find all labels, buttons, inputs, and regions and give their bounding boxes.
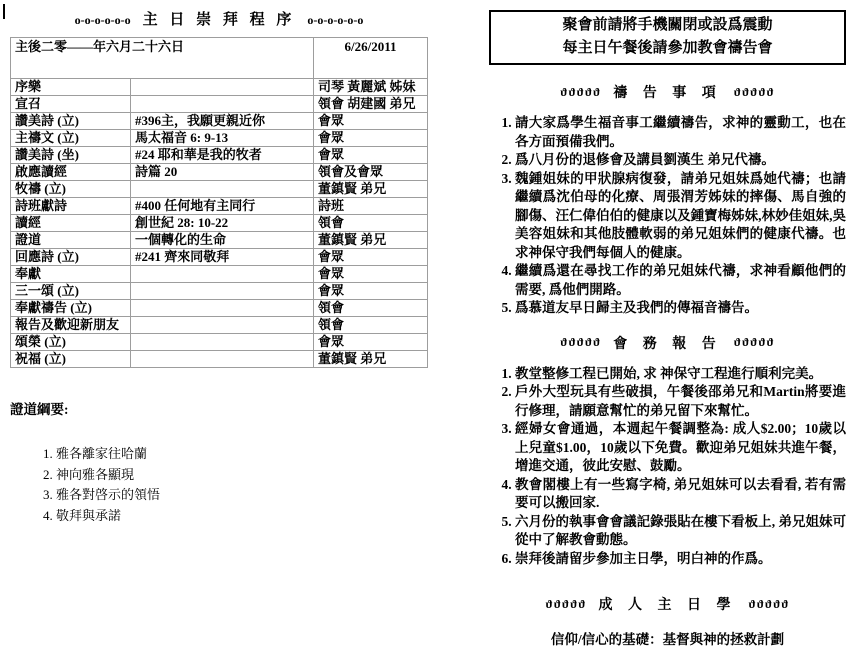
program-item-cell: 序樂 bbox=[11, 79, 131, 96]
program-content-cell bbox=[131, 300, 314, 317]
adult-sunday-school-heading: ϑϑϑϑϑ 成 人 主 日 學 ϑϑϑϑϑ bbox=[489, 594, 846, 614]
program-leader-cell: 董鎮賢 弟兄 bbox=[314, 351, 428, 368]
program-item-cell: 頌榮 (立) bbox=[11, 334, 131, 351]
table-row: 宣召 領會 胡建國 弟兄 bbox=[11, 96, 428, 113]
program-leader-cell: 會眾 bbox=[314, 266, 428, 283]
program-item-cell: 讀經 bbox=[11, 215, 131, 232]
list-item: 教堂整修工程已開始, 求 神保守工程進行順利完美。 bbox=[515, 365, 846, 384]
program-item-cell: 讚美詩 (坐) bbox=[11, 147, 131, 164]
program-leader-cell: 董鎮賢 弟兄 bbox=[314, 181, 428, 198]
program-leader-cell: 詩班 bbox=[314, 198, 428, 215]
list-item: 六月份的執事會會議記錄張貼在樓下看板上, 弟兄姐妹可從中了解教會動態。 bbox=[515, 513, 846, 550]
program-content-cell bbox=[131, 334, 314, 351]
program-leader-cell: 領會 bbox=[314, 215, 428, 232]
program-leader-cell: 領會及會眾 bbox=[314, 164, 428, 181]
sermon-outline-list: 雅各離家往哈蘭 神向雅各顯現 雅各對啓示的領悟 敬拜與承諾 bbox=[10, 444, 428, 526]
table-row: 牧禱 (立) 董鎮賢 弟兄 bbox=[11, 181, 428, 198]
table-row: 祝福 (立) 董鎮賢 弟兄 bbox=[11, 351, 428, 368]
right-column: 聚會前請將手機關閉或設爲震動 每主日午餐後請參加教會禱告會 ϑϑϑϑϑ 禱 告 … bbox=[489, 10, 846, 648]
table-row: 讀經 創世紀 28: 10-22 領會 bbox=[11, 215, 428, 232]
program-leader-cell: 會眾 bbox=[314, 130, 428, 147]
program-content-cell: #24 耶和華是我的牧者 bbox=[131, 147, 314, 164]
section-title: 會 務 報 告 bbox=[613, 333, 722, 353]
church-affairs-heading: ϑϑϑϑϑ 會 務 報 告 ϑϑϑϑϑ bbox=[489, 333, 846, 353]
bulletin-page: o-o-o-o-o-o 主 日 崇 拜 程 序 o-o-o-o-o-o 主後二零… bbox=[0, 0, 863, 651]
program-leader-cell: 領會 胡建國 弟兄 bbox=[314, 96, 428, 113]
program-leader-cell: 會眾 bbox=[314, 147, 428, 164]
table-row: 奉獻禱告 (立) 領會 bbox=[11, 300, 428, 317]
program-leader-cell: 會眾 bbox=[314, 113, 428, 130]
notice-line-1: 聚會前請將手機關閉或設爲震動 bbox=[491, 14, 844, 37]
program-content-cell bbox=[131, 79, 314, 96]
program-leader-cell: 司琴 黃麗斌 姊妹 bbox=[314, 79, 428, 96]
program-content-cell: 一個轉化的生命 bbox=[131, 232, 314, 249]
table-row: 三一頌 (立) 會眾 bbox=[11, 283, 428, 300]
notice-line-2: 每主日午餐後請參加教會禱告會 bbox=[491, 37, 844, 60]
table-row: 啟應讀經 詩篇 20 領會及會眾 bbox=[11, 164, 428, 181]
program-item-cell: 祝福 (立) bbox=[11, 351, 131, 368]
scroll-ornament-left: ϑϑϑϑϑ bbox=[546, 597, 587, 612]
program-content-cell: #396主，我願更親近你 bbox=[131, 113, 314, 130]
sermon-outline-heading: 證道綱要: bbox=[10, 398, 428, 418]
program-item-cell: 證道 bbox=[11, 232, 131, 249]
program-content-cell bbox=[131, 317, 314, 334]
table-row: 詩班獻詩 #400 任何地有主同行 詩班 bbox=[11, 198, 428, 215]
prayer-items-list: 請大家爲學生福音事工繼續禱告，求神的靈動工，也在各方面預備我們。 爲八月份的退修… bbox=[489, 114, 846, 318]
table-row: 證道 一個轉化的生命 董鎮賢 弟兄 bbox=[11, 232, 428, 249]
program-content-cell: 詩篇 20 bbox=[131, 164, 314, 181]
program-leader-cell: 領會 bbox=[314, 300, 428, 317]
text-cursor bbox=[3, 4, 5, 19]
list-item: 繼續爲還在尋找工作的弟兄姐妹代禱，求神看顧他們的需要, 爲他們開路。 bbox=[515, 262, 846, 299]
program-item-cell: 主禱文 (立) bbox=[11, 130, 131, 147]
program-content-cell bbox=[131, 351, 314, 368]
list-item: 教會閣樓上有一些寫字椅, 弟兄姐妹可以去看看, 若有需要可以搬回家. bbox=[515, 476, 846, 513]
program-leader-cell: 董鎮賢 弟兄 bbox=[314, 232, 428, 249]
program-content-cell bbox=[131, 266, 314, 283]
list-item: 雅各離家往哈蘭 bbox=[56, 444, 428, 465]
list-item: 爲八月份的退修會及講員劉漢生 弟兄代禱。 bbox=[515, 151, 846, 170]
program-content-cell: 創世紀 28: 10-22 bbox=[131, 215, 314, 232]
list-item: 爲慕道友早日歸主及我們的傳福音禱告。 bbox=[515, 299, 846, 318]
program-content-cell bbox=[131, 283, 314, 300]
program-content-cell bbox=[131, 181, 314, 198]
program-content-cell: #241 齊來同敬拜 bbox=[131, 249, 314, 266]
program-item-cell: 奉獻禱告 (立) bbox=[11, 300, 131, 317]
prayer-items-heading: ϑϑϑϑϑ 禱 告 事 項 ϑϑϑϑϑ bbox=[489, 82, 846, 102]
table-row: 讚美詩 (坐) #24 耶和華是我的牧者 會眾 bbox=[11, 147, 428, 164]
page-title: 主 日 崇 拜 程 序 bbox=[143, 8, 296, 29]
list-item: 請大家爲學生福音事工繼續禱告，求神的靈動工，也在各方面預備我們。 bbox=[515, 114, 846, 151]
church-affairs-list: 教堂整修工程已開始, 求 神保守工程進行順利完美。 戶外大型玩具有些破損，午餐後… bbox=[489, 365, 846, 569]
chain-ornament-left: o-o-o-o-o-o bbox=[75, 13, 131, 28]
list-item: 經婦女會通過，本週起午餐調整為: 成人$2.00；10歲以上兒童$1.00，10… bbox=[515, 420, 846, 476]
service-program-title: o-o-o-o-o-o 主 日 崇 拜 程 序 o-o-o-o-o-o bbox=[10, 8, 428, 29]
list-item: 魏鍾姐妹的甲狀腺病復發，請弟兄姐妹爲她代禱；也請繼續爲沈伯母的化療、周張渭芳姊妹… bbox=[515, 170, 846, 263]
program-item-cell: 啟應讀經 bbox=[11, 164, 131, 181]
program-content-cell: #400 任何地有主同行 bbox=[131, 198, 314, 215]
table-row: 主禱文 (立) 馬太福音 6: 9-13 會眾 bbox=[11, 130, 428, 147]
left-column: o-o-o-o-o-o 主 日 崇 拜 程 序 o-o-o-o-o-o 主後二零… bbox=[10, 6, 428, 526]
program-item-cell: 牧禱 (立) bbox=[11, 181, 131, 198]
program-item-cell: 宣召 bbox=[11, 96, 131, 113]
list-item: 神向雅各顯現 bbox=[56, 465, 428, 486]
scroll-ornament-right: ϑϑϑϑϑ bbox=[734, 85, 775, 100]
program-item-cell: 三一頌 (立) bbox=[11, 283, 131, 300]
list-item: 崇拜後請留步參加主日學，明白神的作爲。 bbox=[515, 550, 846, 569]
notice-box: 聚會前請將手機關閉或設爲震動 每主日午餐後請參加教會禱告會 bbox=[489, 10, 846, 65]
scroll-ornament-left: ϑϑϑϑϑ bbox=[560, 335, 601, 350]
program-leader-cell: 領會 bbox=[314, 317, 428, 334]
table-row: 頌榮 (立) 會眾 bbox=[11, 334, 428, 351]
list-item: 戶外大型玩具有些破損，午餐後邵弟兄和Martin將要進行修理，請願意幫忙的弟兄留… bbox=[515, 383, 846, 420]
date-cell: 6/26/2011 bbox=[314, 38, 428, 79]
program-leader-cell: 會眾 bbox=[314, 283, 428, 300]
table-row: 讚美詩 (立) #396主，我願更親近你 會眾 bbox=[11, 113, 428, 130]
table-row: 回應詩 (立) #241 齊來同敬拜 會眾 bbox=[11, 249, 428, 266]
table-row: 奉獻 會眾 bbox=[11, 266, 428, 283]
list-item: 敬拜與承諾 bbox=[56, 506, 428, 527]
program-content-cell: 馬太福音 6: 9-13 bbox=[131, 130, 314, 147]
scroll-ornament-right: ϑϑϑϑϑ bbox=[749, 597, 790, 612]
section-title: 成 人 主 日 學 bbox=[599, 594, 737, 614]
program-leader-cell: 會眾 bbox=[314, 334, 428, 351]
chain-ornament-right: o-o-o-o-o-o bbox=[307, 13, 363, 28]
scroll-ornament-left: ϑϑϑϑϑ bbox=[560, 85, 601, 100]
program-item-cell: 報告及歡迎新朋友 bbox=[11, 317, 131, 334]
list-item: 雅各對啓示的領悟 bbox=[56, 485, 428, 506]
date-chinese-cell: 主後二零——年六月二十六日 bbox=[11, 38, 314, 79]
program-leader-cell: 會眾 bbox=[314, 249, 428, 266]
service-program-table: 主後二零——年六月二十六日 6/26/2011 序樂 司琴 黃麗斌 姊妹 宣召 … bbox=[10, 37, 428, 368]
program-item-cell: 詩班獻詩 bbox=[11, 198, 131, 215]
table-row: 報告及歡迎新朋友 領會 bbox=[11, 317, 428, 334]
program-item-cell: 回應詩 (立) bbox=[11, 249, 131, 266]
scroll-ornament-right: ϑϑϑϑϑ bbox=[734, 335, 775, 350]
sunday-school-topic: 信仰/信心的基礎：基督與神的拯救計劃 bbox=[489, 628, 846, 648]
section-title: 禱 告 事 項 bbox=[613, 82, 722, 102]
program-item-cell: 奉獻 bbox=[11, 266, 131, 283]
table-row: 序樂 司琴 黃麗斌 姊妹 bbox=[11, 79, 428, 96]
program-item-cell: 讚美詩 (立) bbox=[11, 113, 131, 130]
program-content-cell bbox=[131, 96, 314, 113]
table-header-row: 主後二零——年六月二十六日 6/26/2011 bbox=[11, 38, 428, 79]
